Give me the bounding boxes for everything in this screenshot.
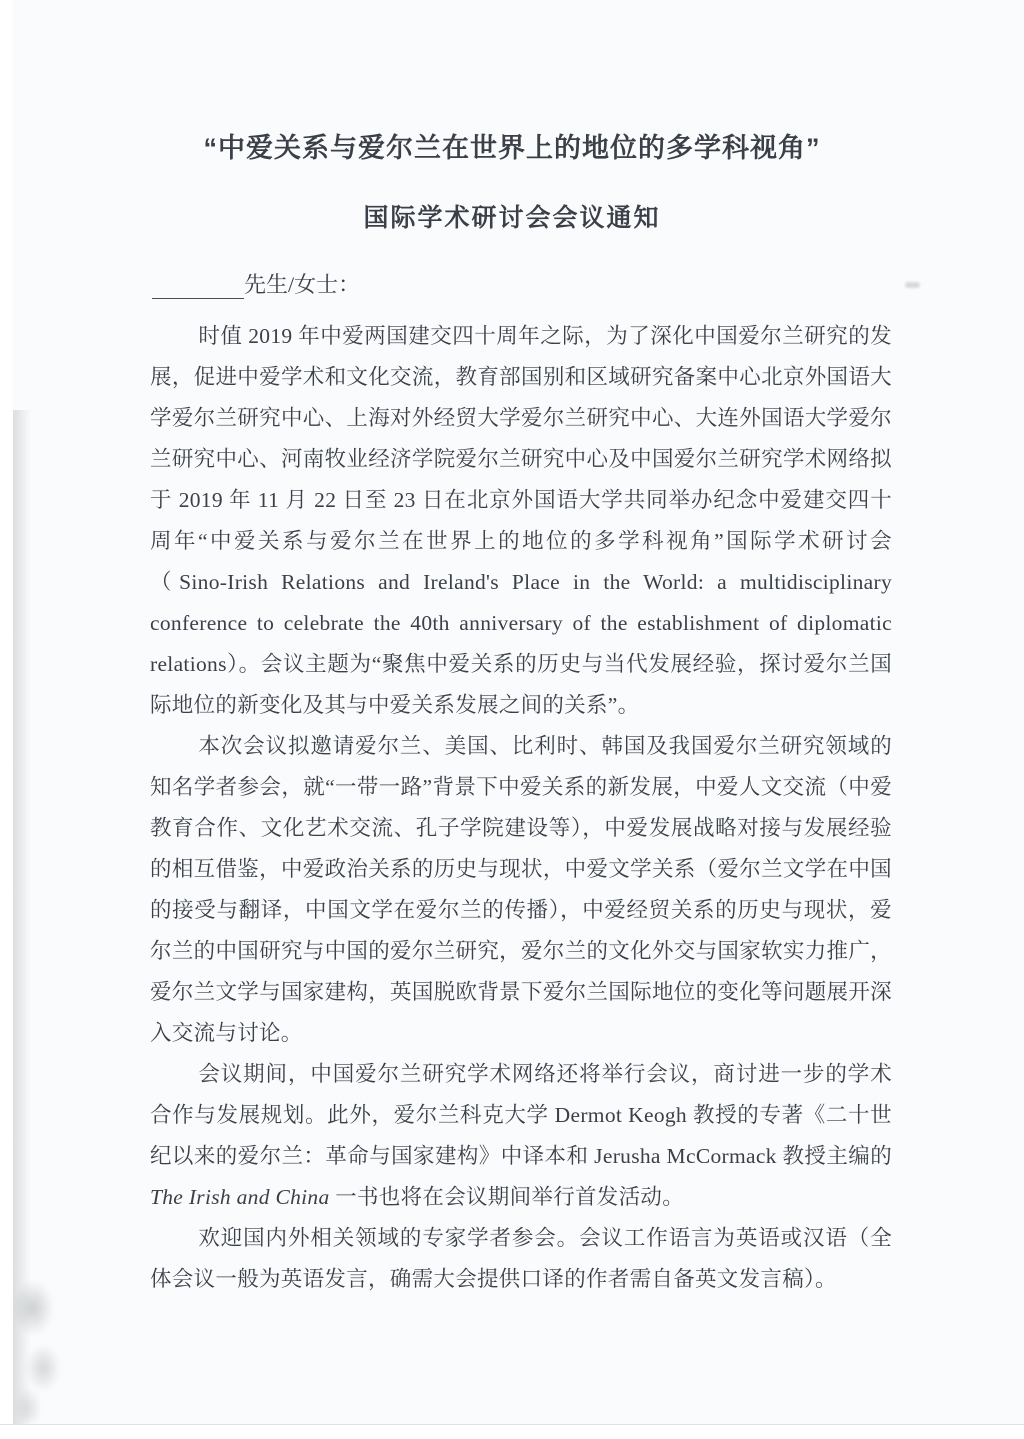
- paragraph-text: 时值 2019 年中爱两国建交四十周年之际，为了深化中国爱尔兰研究的发展，促进中…: [150, 324, 892, 717]
- body-paragraphs: 时值 2019 年中爱两国建交四十周年之际，为了深化中国爱尔兰研究的发展，促进中…: [150, 316, 892, 1300]
- salutation-line: 先生/女士：: [152, 268, 360, 299]
- paragraph-text: 欢迎国内外相关领域的专家学者参会。会议工作语言为英语或汉语（全体会议一般为英语发…: [150, 1226, 892, 1291]
- scan-speck-artifact: [905, 282, 920, 288]
- paragraph: 欢迎国内外相关领域的专家学者参会。会议工作语言为英语或汉语（全体会议一般为英语发…: [150, 1218, 892, 1300]
- scanned-page: “中爱关系与爱尔兰在世界上的地位的多学科视角” 国际学术研讨会会议通知 先生/女…: [0, 0, 1024, 1439]
- paragraph: 本次会议拟邀请爱尔兰、美国、比利时、韩国及我国爱尔兰研究领域的知名学者参会，就“…: [150, 726, 892, 1054]
- paragraph-text: 本次会议拟邀请爱尔兰、美国、比利时、韩国及我国爱尔兰研究领域的知名学者参会，就“…: [150, 734, 892, 1045]
- paragraph-text: 会议期间，中国爱尔兰研究学术网络还将举行会议，商讨进一步的学术合作与发展规划。此…: [150, 1062, 892, 1168]
- paragraph-text: 一书也将在会议期间举行首发活动。: [330, 1185, 684, 1209]
- scan-bottom-left-smudge: [8, 1278, 88, 1423]
- document-title-line2: 国际学术研讨会会议通知: [0, 198, 1024, 234]
- salutation-label: 先生/女士：: [244, 272, 360, 297]
- scan-bottom-strip: [0, 1424, 1024, 1439]
- book-title-italic: The Irish and China: [150, 1185, 330, 1209]
- paragraph: 时值 2019 年中爱两国建交四十周年之际，为了深化中国爱尔兰研究的发展，促进中…: [150, 316, 892, 726]
- document-title-line1: “中爱关系与爱尔兰在世界上的地位的多学科视角”: [0, 126, 1024, 165]
- salutation-blank-underline: [152, 275, 244, 299]
- paragraph: 会议期间，中国爱尔兰研究学术网络还将举行会议，商讨进一步的学术合作与发展规划。此…: [150, 1054, 892, 1218]
